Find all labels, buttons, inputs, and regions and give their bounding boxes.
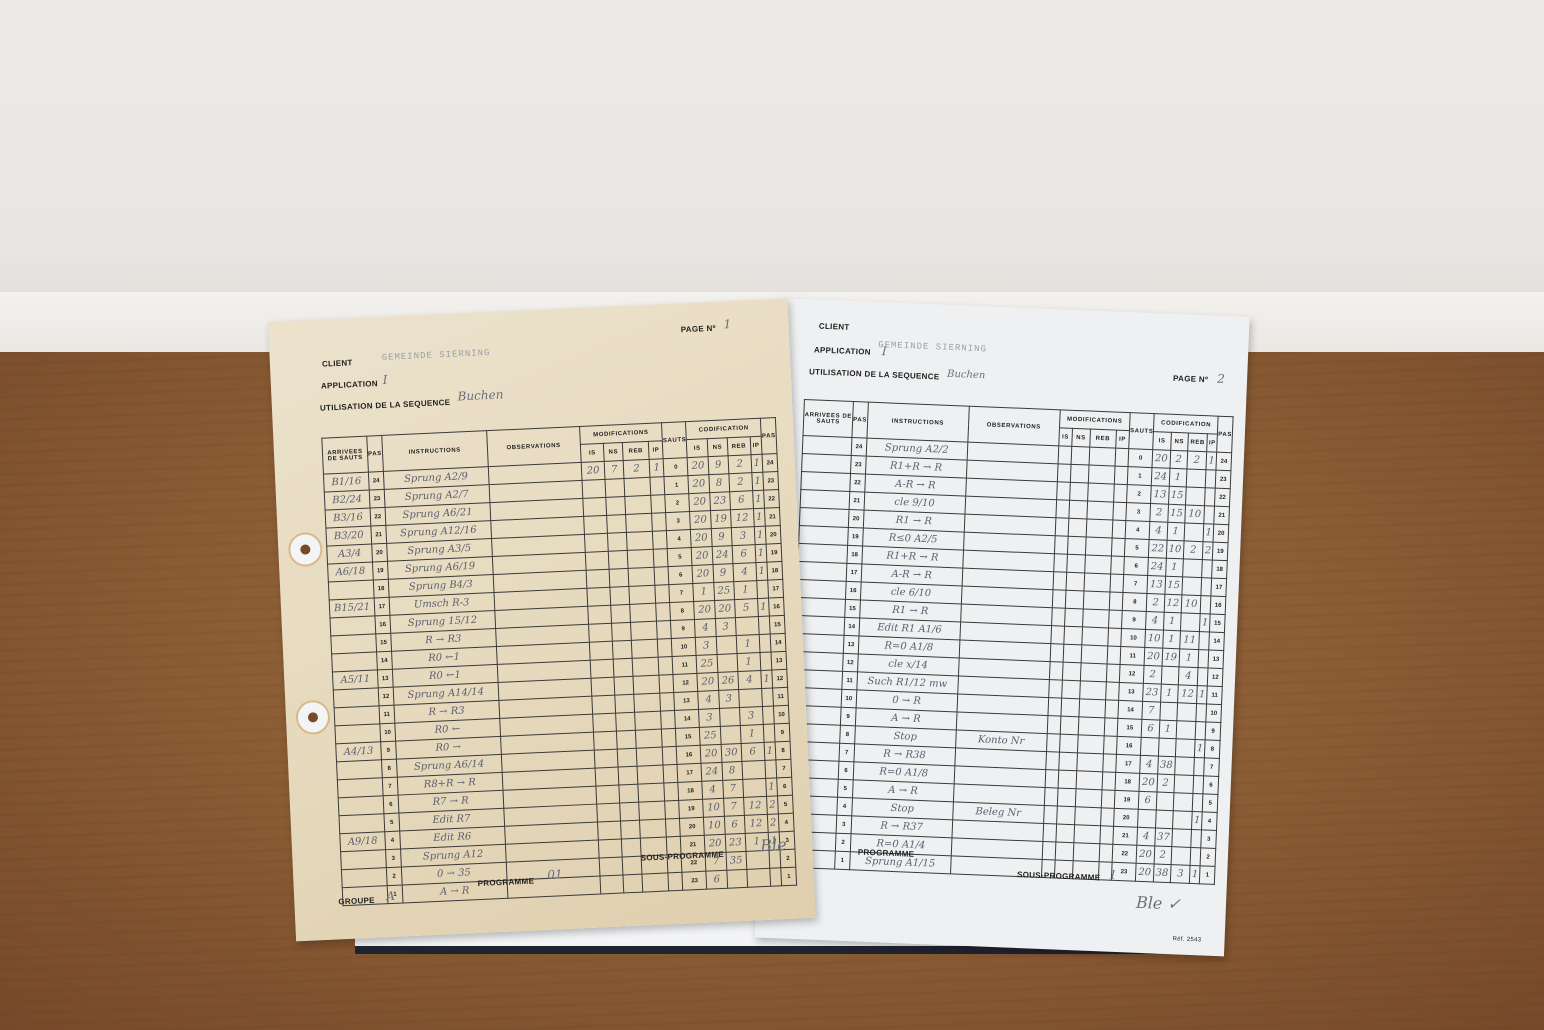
mod-ip-cell: [1099, 844, 1113, 863]
mod-reb-cell: [1073, 843, 1100, 862]
pas-cell: 7: [382, 777, 398, 796]
pas-cell: 5: [838, 779, 853, 798]
header-cod-ip: IP: [1207, 434, 1218, 452]
mod-reb-cell: [1084, 555, 1111, 574]
sauts-cell: 3: [666, 512, 691, 531]
cod-is-cell: [1138, 809, 1156, 828]
cod-reb-cell: 1: [734, 581, 758, 600]
arrivees-cell: [337, 760, 383, 780]
mod-reb-cell: [1088, 465, 1115, 484]
mod-is-cell: [593, 731, 618, 750]
sauts-cell: 15: [675, 727, 700, 746]
mod-ip-cell: [653, 531, 667, 550]
pas-right-cell: 6: [1203, 776, 1218, 795]
header-sauts: SAUTS: [1129, 413, 1155, 450]
pas-cell: 10: [841, 689, 856, 708]
cod-is-cell: 24: [1148, 558, 1166, 577]
mod-reb-cell: [629, 585, 657, 604]
cod-is-cell: 20: [691, 529, 712, 548]
arrivees-cell: [341, 850, 387, 870]
pas-right-cell: 24: [762, 454, 778, 473]
header-mod-ns: NS: [1072, 428, 1090, 447]
cod-ns-cell: 1: [1169, 468, 1187, 487]
cod-ns-cell: 9: [708, 456, 729, 475]
mod-is-cell: [590, 659, 615, 678]
cod-ns-cell: 1: [1165, 558, 1183, 577]
sauts-cell: 12: [673, 673, 698, 692]
application-label: APPLICATION: [814, 345, 871, 356]
header-mod-is: IS: [580, 443, 605, 462]
mod-ip-cell: [652, 513, 666, 532]
cod-ns-cell: 6: [724, 815, 745, 834]
header-mod-reb: REB: [1089, 429, 1116, 448]
cod-reb-cell: 10: [1181, 595, 1201, 614]
cod-ns-cell: [717, 654, 738, 673]
cod-reb-cell: [1173, 793, 1193, 812]
cod-reb-cell: 4: [733, 563, 757, 582]
cod-ns-cell: 24: [712, 546, 733, 565]
pas-right-cell: 17: [1211, 578, 1226, 597]
cod-ns-cell: 26: [718, 672, 739, 691]
cod-reb-cell: 4: [738, 671, 762, 690]
cod-ns-cell: 10: [1166, 540, 1184, 559]
pas-right-cell: 7: [776, 759, 792, 778]
cod-ip-cell: 1: [764, 742, 776, 761]
cod-is-cell: 6: [1142, 719, 1160, 738]
cod-reb-cell: 3: [1170, 865, 1190, 884]
pas-cell: 13: [377, 669, 393, 688]
cod-ip-cell: 1: [757, 598, 769, 617]
cod-ns-cell: 15: [1168, 486, 1186, 505]
pas-cell: 24: [851, 438, 866, 457]
header-arrivees: ARRIVEES DE SAUTS: [322, 436, 369, 474]
mod-reb-cell: [625, 513, 653, 532]
pas-right-cell: 2: [1200, 848, 1215, 867]
cod-ip-cell: 1: [760, 670, 772, 689]
header-pas: PAS: [852, 402, 868, 439]
pas-cell: 24: [368, 471, 384, 490]
mod-ns-cell: [1057, 806, 1075, 825]
arrivees-cell: [333, 688, 379, 708]
cod-is-cell: 6: [706, 870, 727, 889]
mod-is-cell: [595, 767, 620, 786]
cod-reb-cell: [1172, 811, 1192, 830]
cod-ns-cell: [719, 708, 740, 727]
cod-reb-cell: 11: [1180, 631, 1200, 650]
mod-ip-cell: [1110, 556, 1124, 575]
cod-ns-cell: [727, 869, 748, 888]
cod-ns-cell: 1: [1163, 612, 1181, 631]
mod-ip-cell: [1102, 772, 1116, 791]
mod-ns-cell: [623, 856, 642, 875]
mod-ns-cell: [1064, 626, 1082, 645]
pas-cell: 14: [844, 617, 859, 636]
cod-reb-cell: [1175, 757, 1195, 776]
sauts-cell: 16: [676, 745, 701, 764]
cod-is-cell: 4: [1140, 755, 1158, 774]
sauts-cell: 4: [1125, 521, 1150, 540]
pas-right-cell: 10: [774, 705, 790, 724]
wall-background: [0, 0, 1544, 300]
cod-is-cell: 20: [690, 511, 711, 530]
mod-ns-cell: [619, 766, 638, 785]
cod-ns-cell: 8: [709, 474, 730, 493]
cod-reb-cell: 5: [734, 599, 758, 618]
pas-right-cell: 4: [779, 813, 795, 832]
arrivees-cell: [796, 579, 846, 599]
pas-right-cell: 13: [771, 651, 787, 670]
mod-ns-cell: [619, 784, 638, 803]
coding-table: ARRIVEES DE SAUTS PAS INSTRUCTIONS OBSER…: [785, 399, 1233, 885]
pas-right-cell: 13: [1208, 650, 1223, 669]
mod-reb-cell: [624, 495, 652, 514]
mod-ip-cell: [657, 621, 671, 640]
cod-ns-cell: 2: [1157, 774, 1175, 793]
header-mod-reb: REB: [622, 441, 650, 460]
pas-cell: 16: [375, 615, 391, 634]
cod-reb-cell: [1182, 577, 1202, 596]
pas-cell: 18: [373, 579, 389, 598]
pas-right-cell: 16: [1210, 596, 1225, 615]
mod-ns-cell: [1055, 842, 1073, 861]
cod-reb-cell: [735, 617, 759, 636]
mod-is-cell: [596, 785, 621, 804]
cod-ns-cell: 3: [718, 690, 739, 709]
cod-ns-cell: 19: [710, 510, 731, 529]
cod-ns-cell: 1: [1162, 630, 1180, 649]
pas-right-cell: 11: [1207, 686, 1222, 705]
cod-reb-cell: [747, 868, 771, 887]
coding-sheet-page-2: CLIENT GEMEINDE SIERNING APPLICATION I U…: [754, 298, 1249, 956]
cod-ns-cell: 1: [1167, 522, 1185, 541]
cod-reb-cell: 1: [736, 635, 760, 654]
pas-right-cell: 14: [770, 633, 786, 652]
cod-reb-cell: 10: [1185, 505, 1205, 524]
pas-cell: 22: [850, 473, 865, 492]
mod-is-cell: [600, 875, 625, 894]
mod-ns-cell: [1067, 554, 1085, 573]
mod-ip-cell: [658, 639, 672, 658]
cod-reb-cell: 12: [730, 509, 754, 528]
mod-reb-cell: [1084, 573, 1111, 592]
mod-is-cell: [1055, 518, 1069, 537]
cod-ns-cell: 2: [1170, 450, 1188, 469]
cod-ns-cell: 38: [1153, 864, 1171, 883]
mod-ns-cell: [608, 532, 627, 551]
pas-cell: 4: [385, 831, 401, 850]
cod-reb-cell: 3: [739, 706, 763, 725]
cod-is-cell: 2: [1144, 665, 1162, 684]
cod-is-cell: 20: [1144, 647, 1162, 666]
cod-ip-cell: [759, 634, 771, 653]
header-cod-ip: IP: [750, 436, 762, 455]
pas-cell: 2: [386, 867, 402, 886]
mod-ip-cell: [663, 746, 677, 765]
mod-ns-cell: [1061, 698, 1079, 717]
mod-is-cell: [1042, 841, 1056, 860]
mod-ns-cell: [1069, 500, 1087, 519]
pas-cell: 9: [840, 707, 855, 726]
pas-cell: 16: [845, 581, 860, 600]
mod-ip-cell: [1110, 574, 1124, 593]
mod-is-cell: [594, 749, 619, 768]
mod-reb-cell: [1075, 789, 1102, 808]
cod-is-cell: 4: [1146, 611, 1164, 630]
arrivees-cell: [341, 868, 387, 888]
mod-ip-cell: [1103, 736, 1117, 755]
sequence-label: UTILISATION DE LA SEQUENCE: [809, 367, 940, 381]
header-mod-ip: IP: [1116, 430, 1130, 449]
page-number-value: 1: [723, 317, 731, 331]
mod-reb-cell: [638, 783, 666, 802]
cod-ip-cell: [758, 616, 770, 635]
pas-right-cell: 15: [770, 615, 786, 634]
arrivees-cell: B2/24: [324, 490, 370, 510]
arrivees-cell: [802, 436, 852, 456]
mod-is-cell: [1052, 590, 1066, 609]
header-mod-is: IS: [1058, 428, 1072, 447]
client-value: GEMEINDE SIERNING: [382, 348, 491, 363]
cod-ip-cell: [763, 724, 775, 743]
sauts-cell: 2: [665, 494, 690, 513]
pas-cell: 23: [851, 455, 866, 474]
mod-is-cell: [1058, 446, 1072, 465]
mod-reb-cell: [633, 675, 661, 694]
sauts-cell: 11: [672, 655, 697, 674]
arrivees-cell: [328, 580, 374, 600]
cod-is-cell: 20: [1137, 845, 1155, 864]
cod-is-cell: 10: [703, 798, 724, 817]
pas-right-cell: 17: [768, 579, 784, 598]
cod-reb-cell: [1176, 721, 1196, 740]
cod-is-cell: 20: [692, 565, 713, 584]
mod-is-cell: [1048, 680, 1062, 699]
arrivees-cell: A5/11: [332, 670, 378, 690]
mod-reb-cell: [636, 747, 664, 766]
cod-reb-cell: [1177, 703, 1197, 722]
mod-ip-cell: [1111, 538, 1125, 557]
mod-reb-cell: [1074, 825, 1101, 844]
cod-ns-cell: 7: [723, 797, 744, 816]
pas-cell: 13: [843, 635, 858, 654]
cod-ip-cell: [756, 580, 768, 599]
cod-is-cell: 10: [1145, 629, 1163, 648]
reference-number: Réf. 2543: [1172, 936, 1201, 943]
mod-reb-cell: [631, 639, 659, 658]
mod-ns-cell: [610, 568, 629, 587]
mod-ns-cell: [1057, 788, 1075, 807]
mod-ip-cell: [1101, 790, 1115, 809]
mod-ip-cell: [1113, 502, 1127, 521]
cod-reb-cell: [1186, 469, 1206, 488]
arrivees-cell: B15/21: [329, 598, 375, 618]
cod-is-cell: 20: [697, 672, 718, 691]
mod-is-cell: [1049, 662, 1063, 681]
pas-cell: 15: [845, 599, 860, 618]
mod-ns-cell: [1065, 608, 1083, 627]
cod-is-cell: [1141, 737, 1159, 756]
cod-ns-cell: [1155, 810, 1173, 829]
cod-ip-cell: 1: [751, 454, 763, 473]
mod-ip-cell: [656, 603, 670, 622]
mod-is-cell: [599, 857, 624, 876]
mod-ns-cell: [610, 586, 629, 605]
client-label: CLIENT: [322, 358, 353, 368]
cod-ip-cell: 1: [752, 490, 764, 509]
cod-is-cell: 23: [1143, 683, 1161, 702]
pas-right-cell: 10: [1206, 704, 1221, 723]
punch-hole-bottom: [295, 700, 331, 736]
pas-cell: 2: [835, 833, 850, 852]
mod-is-cell: [588, 623, 613, 642]
sauts-cell: 23: [682, 871, 707, 890]
mod-is-cell: [583, 515, 608, 534]
cod-ip-cell: [761, 688, 773, 707]
mod-reb-cell: [633, 693, 661, 712]
cod-is-cell: 20: [688, 457, 709, 476]
pas-right-cell: 4: [1202, 812, 1217, 831]
mod-ns-cell: [615, 694, 634, 713]
pas-right-cell: 20: [766, 525, 782, 544]
sauts-cell: 0: [663, 458, 688, 477]
sauts-cell: 18: [678, 781, 703, 800]
mod-ip-cell: [664, 782, 678, 801]
pas-right-cell: 19: [1213, 542, 1228, 561]
cod-ns-cell: 23: [725, 833, 746, 852]
cod-is-cell: 10: [704, 816, 725, 835]
mod-is-cell: [585, 551, 610, 570]
arrivees-cell: [338, 796, 384, 816]
pas-right-cell: 24: [1216, 452, 1231, 471]
header-sauts: SAUTS: [662, 422, 688, 459]
sauts-cell: 6: [668, 565, 693, 584]
signature: Ble: [760, 835, 787, 855]
cod-is-cell: 20: [692, 547, 713, 566]
mod-ip-cell: [662, 728, 676, 747]
mod-reb-cell: [1083, 591, 1110, 610]
pas-cell: 7: [839, 743, 854, 762]
pas-cell: 3: [386, 849, 402, 868]
mod-ip-cell: [659, 657, 673, 676]
arrivees-cell: [335, 724, 381, 744]
mod-ip-cell: [1106, 664, 1120, 683]
cod-reb-cell: 6: [730, 491, 754, 510]
mod-is-cell: [1044, 788, 1058, 807]
mod-ip-cell: [654, 549, 668, 568]
sauts-cell: 1: [1127, 467, 1152, 486]
mod-reb-cell: [629, 603, 657, 622]
sauts-cell: 19: [1114, 790, 1139, 809]
mod-reb-cell: [1076, 753, 1103, 772]
cod-reb-cell: 12: [744, 814, 768, 833]
pas-cell: 22: [370, 507, 386, 526]
mod-is-cell: [1051, 608, 1065, 627]
cod-reb-cell: 1: [737, 653, 761, 672]
pas-right-cell: 23: [1216, 470, 1231, 489]
cod-reb-cell: 4: [1178, 667, 1198, 686]
mod-ip-cell: [1112, 520, 1126, 539]
mod-reb-cell: [1086, 519, 1113, 538]
pas-right-cell: 12: [1208, 668, 1223, 687]
mod-ns-cell: [614, 658, 633, 677]
pas-right-cell: 22: [764, 490, 780, 509]
mod-ns-cell: [1068, 518, 1086, 537]
mod-is-cell: [1054, 536, 1068, 555]
header-observations: OBSERVATIONS: [486, 426, 581, 466]
mod-is-cell: [1045, 770, 1059, 789]
cod-ns-cell: 9: [713, 564, 734, 583]
mod-ns-cell: [614, 676, 633, 695]
pas-right-cell: 1: [781, 867, 797, 886]
pas-right-cell: 18: [1212, 560, 1227, 579]
cod-reb-cell: [743, 778, 767, 797]
cod-is-cell: 3: [699, 708, 720, 727]
mod-ns-cell: [1071, 446, 1089, 465]
cod-ip-cell: [762, 706, 774, 725]
mod-ip-cell: [1100, 826, 1114, 845]
sauts-cell: 12: [1119, 664, 1144, 683]
mod-ip-cell: [651, 495, 665, 514]
arrivees-cell: [331, 634, 377, 654]
pas-right-cell: 19: [766, 543, 782, 562]
cod-reb-cell: [1172, 829, 1192, 848]
pas-right-cell: 8: [1205, 740, 1220, 759]
sauts-cell: 13: [674, 691, 699, 710]
sauts-cell: 20: [680, 817, 705, 836]
cod-reb-cell: [1174, 775, 1194, 794]
mod-ns-cell: [616, 712, 635, 731]
cod-ip-cell: 1: [755, 544, 767, 563]
sauts-cell: 20: [1114, 808, 1139, 827]
mod-ns-cell: [605, 479, 624, 498]
pas-cell: 11: [379, 705, 395, 724]
cod-reb-cell: [1171, 847, 1191, 866]
cod-reb-cell: [1184, 523, 1204, 542]
pas-right-cell: 15: [1210, 614, 1225, 633]
cod-is-cell: 25: [700, 726, 721, 745]
mod-is-cell: [1046, 734, 1060, 753]
mod-ip-cell: [650, 477, 664, 496]
pas-cell: 8: [381, 759, 397, 778]
cod-reb-cell: 2: [728, 455, 752, 474]
pas-cell: 18: [847, 545, 862, 564]
cod-is-cell: 24: [1152, 468, 1170, 487]
cod-ip-cell: 2: [766, 796, 778, 815]
mod-reb-cell: [635, 729, 663, 748]
cod-ns-cell: 35: [726, 851, 747, 870]
cod-is-cell: 20: [1139, 773, 1157, 792]
page-number-label: PAGE Nº: [681, 324, 716, 335]
mod-is-cell: [587, 605, 612, 624]
mod-reb-cell: [630, 621, 658, 640]
mod-ip-cell: [665, 800, 679, 819]
pas-cell: 21: [371, 525, 387, 544]
cod-ns-cell: 1: [1159, 720, 1177, 739]
cod-reb-cell: 3: [731, 527, 755, 546]
sauts-cell: 8: [670, 601, 695, 620]
mod-ip-cell: [1108, 610, 1122, 629]
cod-ip-cell: 1: [765, 778, 777, 797]
cod-ns-cell: 2: [1154, 846, 1172, 865]
sauts-cell: 17: [677, 763, 702, 782]
cod-is-cell: 20: [701, 744, 722, 763]
mod-ns-cell: [607, 514, 626, 533]
mod-is-cell: [1047, 716, 1061, 735]
cod-reb-cell: 2: [729, 473, 753, 492]
cod-ns-cell: 12: [1164, 594, 1182, 613]
sous-programme-label: SOUS-PROGRAMME: [1017, 870, 1101, 882]
mod-reb-cell: [637, 765, 665, 784]
